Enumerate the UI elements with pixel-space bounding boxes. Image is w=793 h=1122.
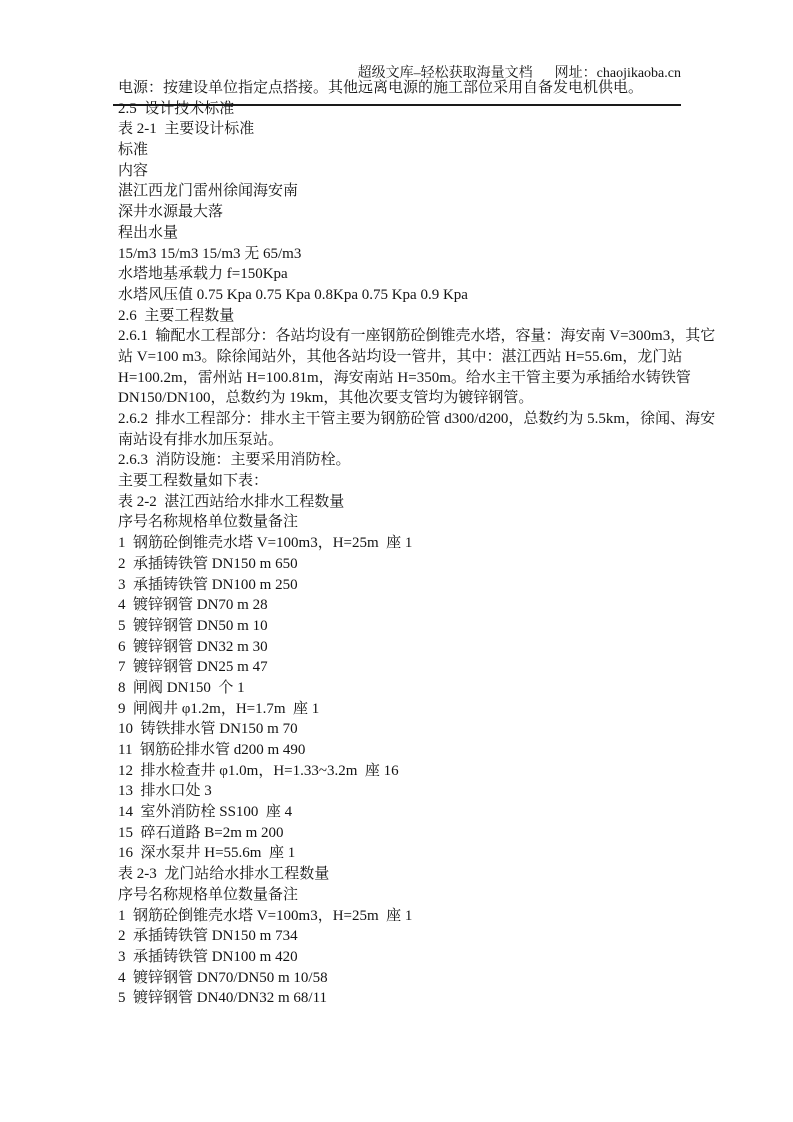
document-line: 6 镀锌钢管 DN32 m 30 <box>118 637 715 658</box>
document-line: 2 承插铸铁管 DN150 m 734 <box>118 926 715 947</box>
document-line: 表 2-3 龙门站给水排水工程数量 <box>118 864 715 885</box>
document-line: 15/m3 15/m3 15/m3 无 65/m3 <box>118 244 715 265</box>
document-page: 超级文库–轻松获取海量文档网址：chaojikaoba.cn 电源：按建设单位指… <box>0 0 793 1122</box>
document-line: 1 钢筋砼倒锥壳水塔 V=100m3，H=25m 座 1 <box>118 906 715 927</box>
document-line: 2.6 主要工程数量 <box>118 306 715 327</box>
document-line: 7 镀锌钢管 DN25 m 47 <box>118 657 715 678</box>
document-line: 4 镀锌钢管 DN70 m 28 <box>118 595 715 616</box>
document-line: 5 镀锌钢管 DN50 m 10 <box>118 616 715 637</box>
document-line: 程出水量 <box>118 223 715 244</box>
document-line: 主要工程数量如下表： <box>118 471 715 492</box>
document-line: 2.5 设计技术标准 <box>118 99 715 120</box>
document-line: 深井水源最大落 <box>118 202 715 223</box>
document-line: 表 2-1 主要设计标准 <box>118 119 715 140</box>
document-line: DN150/DN100，总数约为 19km，其他次要支管均为镀锌钢管。 <box>118 388 715 409</box>
document-line: 2.6.3 消防设施：主要采用消防栓。 <box>118 450 715 471</box>
document-line: 2.6.1 输配水工程部分：各站均设有一座钢筋砼倒锥壳水塔，容量：海安南 V=3… <box>118 326 715 347</box>
document-line: 10 铸铁排水管 DN150 m 70 <box>118 719 715 740</box>
document-line: 8 闸阀 DN150 个 1 <box>118 678 715 699</box>
document-line: 水塔地基承载力 f=150Kpa <box>118 264 715 285</box>
document-line: 14 室外消防栓 SS100 座 4 <box>118 802 715 823</box>
document-line: 2 承插铸铁管 DN150 m 650 <box>118 554 715 575</box>
document-body: 电源：按建设单位指定点搭接。其他远离电源的施工部位采用自备发电机供电。2.5 设… <box>118 78 715 1009</box>
document-line: 3 承插铸铁管 DN100 m 250 <box>118 575 715 596</box>
document-line: 2.6.2 排水工程部分：排水主干管主要为钢筋砼管 d300/d200，总数约为… <box>118 409 715 430</box>
document-line: 表 2-2 湛江西站给水排水工程数量 <box>118 492 715 513</box>
document-line: 南站设有排水加压泵站。 <box>118 430 715 451</box>
document-line: 内容 <box>118 161 715 182</box>
document-line: 13 排水口处 3 <box>118 781 715 802</box>
document-line: 4 镀锌钢管 DN70/DN50 m 10/58 <box>118 968 715 989</box>
document-line: H=100.2m，雷州站 H=100.81m，海安南站 H=350m。给水主干管… <box>118 368 715 389</box>
document-line: 站 V=100 m3。除徐闻站外，其他各站均设一管井，其中：湛江西站 H=55.… <box>118 347 715 368</box>
document-line: 电源：按建设单位指定点搭接。其他远离电源的施工部位采用自备发电机供电。 <box>118 78 715 99</box>
document-line: 标准 <box>118 140 715 161</box>
document-line: 湛江西龙门雷州徐闻海安南 <box>118 181 715 202</box>
document-line: 16 深水泵井 H=55.6m 座 1 <box>118 843 715 864</box>
document-line: 11 钢筋砼排水管 d200 m 490 <box>118 740 715 761</box>
document-line: 3 承插铸铁管 DN100 m 420 <box>118 947 715 968</box>
document-line: 9 闸阀井 φ1.2m，H=1.7m 座 1 <box>118 699 715 720</box>
document-line: 序号名称规格单位数量备注 <box>118 885 715 906</box>
document-line: 15 碎石道路 B=2m m 200 <box>118 823 715 844</box>
document-line: 1 钢筋砼倒锥壳水塔 V=100m3，H=25m 座 1 <box>118 533 715 554</box>
document-line: 5 镀锌钢管 DN40/DN32 m 68/11 <box>118 988 715 1009</box>
document-line: 序号名称规格单位数量备注 <box>118 512 715 533</box>
document-line: 12 排水检查井 φ1.0m，H=1.33~3.2m 座 16 <box>118 761 715 782</box>
document-line: 水塔风压值 0.75 Kpa 0.75 Kpa 0.8Kpa 0.75 Kpa … <box>118 285 715 306</box>
